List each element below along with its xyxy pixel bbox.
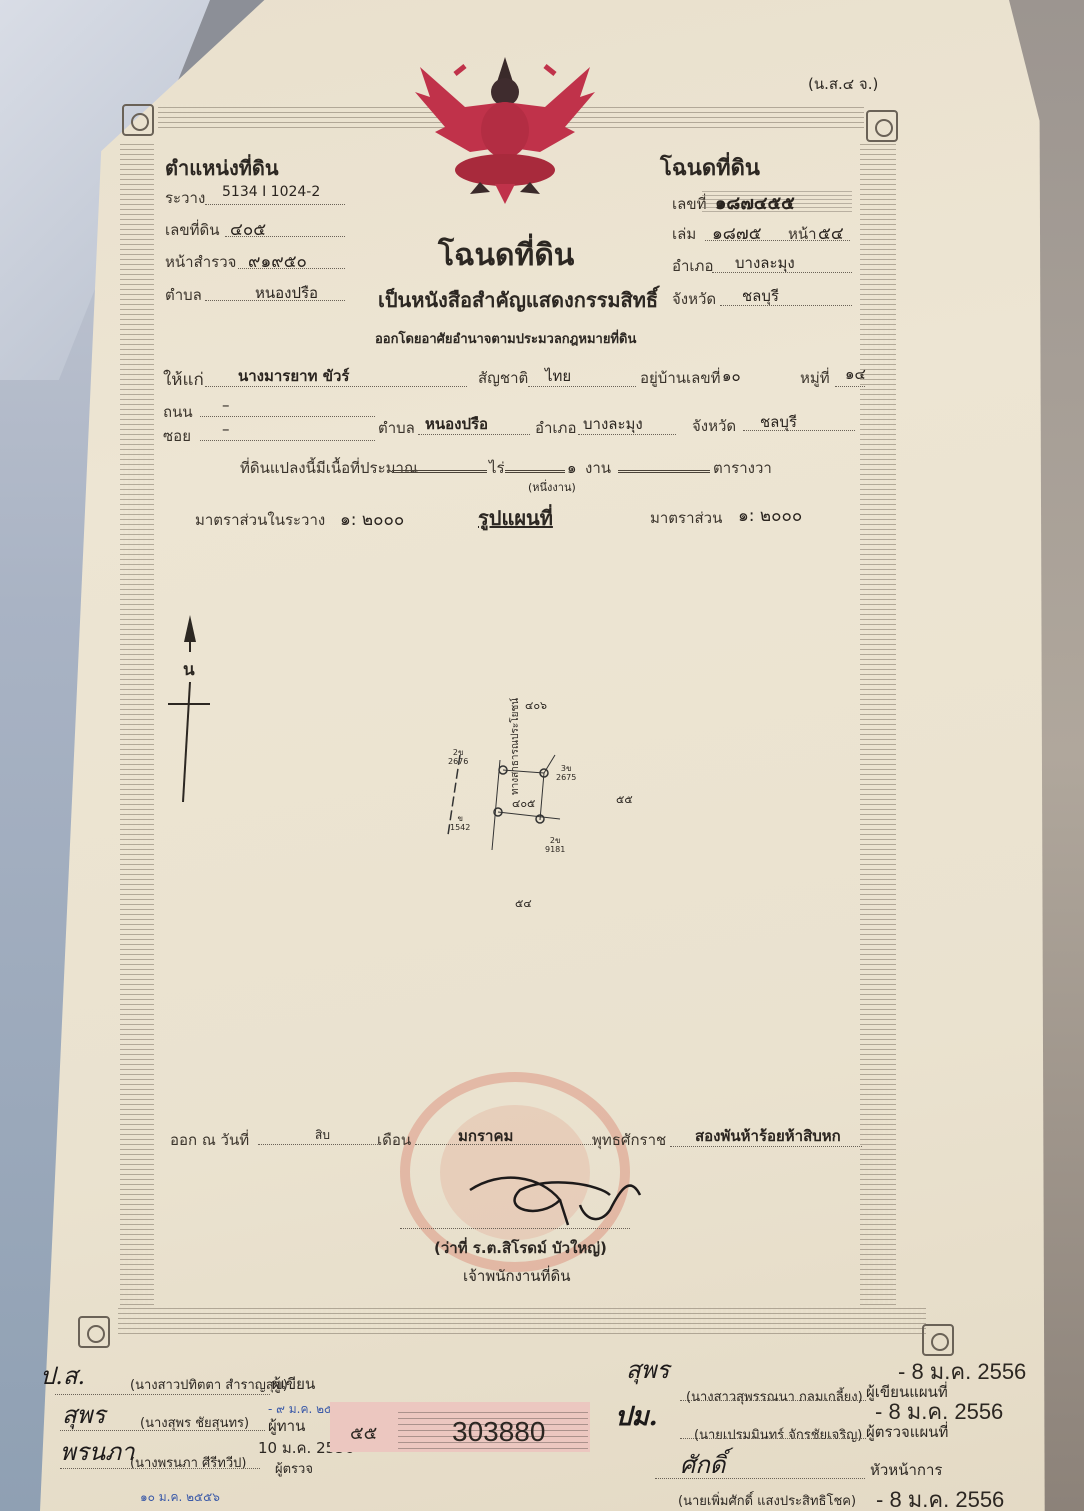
owner-province-value: ชลบุรี bbox=[760, 410, 797, 434]
public-road-label: ทางสาธารณประโยชน์ bbox=[508, 698, 523, 795]
signatory-left-3-name: (นางพรนภา ศีรีทวีป) bbox=[130, 1452, 246, 1473]
signatory-right-3-role: หัวหน้าการ bbox=[870, 1458, 942, 1482]
volume-value: ๑๘๗๕ bbox=[712, 220, 762, 247]
month-label: เดือน bbox=[377, 1128, 411, 1152]
officer-title: เจ้าพนักงานที่ดิน bbox=[463, 1264, 570, 1288]
house-no-value: ๑๐ bbox=[722, 364, 741, 388]
serial-number: 303880 bbox=[452, 1416, 545, 1448]
parcel-no-value: ๔๐๕ bbox=[230, 216, 266, 243]
map-title: รูปแผนที่ bbox=[478, 502, 553, 534]
page-label: หน้า bbox=[788, 222, 817, 246]
east-parcel-label: ๕๕ bbox=[616, 790, 633, 808]
scale-value: ๑: ๒๐๐๐ bbox=[738, 502, 802, 529]
nationality-value: ไทย bbox=[545, 364, 571, 388]
wa-label: ตารางวา bbox=[713, 456, 772, 480]
signatory-right-2-name: (นายเปรมมินทร์ จักรชัยเจริญ) bbox=[694, 1424, 862, 1445]
nationality-label: สัญชาติ bbox=[478, 366, 528, 390]
road-value: – bbox=[222, 396, 230, 414]
survey-page-label: หน้าสำรวจ bbox=[165, 250, 236, 274]
officer-signature bbox=[460, 1165, 660, 1235]
owner-subdistrict-value: หนองปรือ bbox=[425, 412, 488, 436]
document-subtitle: เป็นหนังสือสำคัญแสดงกรรมสิทธิ์ bbox=[378, 284, 658, 316]
soi-label: ซอย bbox=[163, 424, 191, 448]
owner-district-value: บางละมุง bbox=[583, 412, 643, 436]
marker-2676: 2ข2676 bbox=[448, 748, 468, 766]
document-authority: ออกโดยอาศัยอำนาจตามประมวลกฎหมายที่ดิน bbox=[375, 328, 636, 349]
issue-month: มกราคม bbox=[458, 1124, 513, 1148]
issued-label: ออก ณ วันที่ bbox=[170, 1128, 249, 1152]
house-no-label: อยู่บ้านเลขที่ bbox=[640, 366, 720, 390]
signatory-left-2-role: ผู้ทาน bbox=[268, 1414, 305, 1438]
issue-year: สองพันห้าร้อยห้าสิบหก bbox=[695, 1124, 841, 1148]
marker-1542: ข1542 bbox=[450, 814, 470, 832]
ngan-note: (หนึ่งงาน) bbox=[528, 478, 576, 496]
survey-page-value: ๙๑๙๕๐ bbox=[248, 248, 307, 275]
signatory-right-3-name: (นายเพิ่มศักดิ์ แสงประสิทธิโชค) bbox=[678, 1490, 856, 1511]
scale-label: มาตราส่วน bbox=[650, 506, 722, 530]
signatory-right-3-date: - 8 ม.ค. 2556 bbox=[876, 1482, 1004, 1511]
owner-province-label: จังหวัด bbox=[692, 414, 736, 438]
moo-label: หมู่ที่ bbox=[800, 366, 830, 390]
owner-district-label: อำเภอ bbox=[535, 416, 576, 440]
district-value: บางละมุง bbox=[735, 251, 795, 275]
signature-3: พรนภา bbox=[60, 1432, 134, 1471]
corner-ornament-icon bbox=[922, 1324, 954, 1356]
province-label: จังหวัด bbox=[672, 287, 716, 311]
moo-value: ๑๔ bbox=[845, 362, 866, 386]
road-label: ถนน bbox=[163, 400, 193, 424]
volume-label: เล่ม bbox=[672, 222, 696, 246]
serial-prefix: ๕๕ bbox=[350, 1418, 377, 1447]
south-parcel-label: ๕๔ bbox=[515, 894, 532, 912]
signature-5: ปม. bbox=[615, 1396, 658, 1437]
marker-2675: 3ข2675 bbox=[556, 764, 576, 782]
district-label: อำเภอ bbox=[672, 254, 713, 278]
corner-ornament-icon bbox=[122, 104, 154, 136]
deed-heading: โฉนดที่ดิน bbox=[660, 150, 760, 185]
scale-sheet-label: มาตราส่วนในระวาง bbox=[195, 508, 325, 532]
signature-4: สุพร bbox=[626, 1350, 669, 1389]
border-left bbox=[120, 140, 154, 1305]
signatory-right-1-name: (นางสาวสุพรรณนา กลมเกลี้ยง) bbox=[686, 1386, 863, 1407]
border-bottom bbox=[118, 1306, 926, 1334]
signature-1: ป.ส. bbox=[40, 1356, 85, 1395]
border-right bbox=[860, 140, 896, 1305]
signature-2: สุพร bbox=[62, 1395, 105, 1434]
owner-subdistrict-label: ตำบล bbox=[378, 416, 415, 440]
document-title: โฉนดที่ดิน bbox=[438, 232, 574, 279]
north-parcel-label: ๔๐๖ bbox=[525, 696, 547, 714]
survey-sheet-label: ระวาง bbox=[165, 186, 205, 210]
area-intro: ที่ดินแปลงนี้มีเนื้อที่ประมาณ bbox=[240, 456, 418, 480]
soi-value: – bbox=[222, 420, 230, 438]
bottom-date-left: ๑๐ ม.ค. ๒๕๕๖ bbox=[140, 1488, 220, 1507]
form-code: (น.ส.๔ จ.) bbox=[808, 72, 878, 96]
year-label: พุทธศักราช bbox=[592, 1128, 666, 1152]
land-position-heading: ตำแหน่งที่ดิน bbox=[165, 152, 279, 184]
officer-name: (ว่าที่ ร.ต.สิโรดม์ บัวใหญ่) bbox=[434, 1236, 607, 1260]
rai-label: ไร่ bbox=[489, 456, 505, 480]
signatory-left-1-role: ผู้เขียน bbox=[272, 1372, 315, 1396]
north-arrow-icon bbox=[165, 612, 215, 807]
parcel-center-label: ๔๐๕ bbox=[512, 794, 535, 812]
signatory-right-2-date: - 8 ม.ค. 2556 bbox=[875, 1394, 1003, 1429]
garuda-emblem-icon bbox=[405, 52, 605, 207]
survey-sheet-value: 5134 I 1024-2 bbox=[222, 184, 320, 200]
signatory-right-1-date: - 8 ม.ค. 2556 bbox=[898, 1354, 1026, 1389]
scale-sheet-value: ๑: ๒๐๐๐ bbox=[340, 506, 404, 533]
signatory-left-3-role: ผู้ตรวจ bbox=[275, 1458, 313, 1479]
corner-ornament-icon bbox=[866, 110, 898, 142]
owner-name: นางมารยาท ขัวร์ bbox=[238, 364, 349, 388]
issue-day: สิบ bbox=[315, 1126, 330, 1145]
corner-ornament-icon bbox=[78, 1316, 110, 1348]
subdistrict-value: หนองปรือ bbox=[255, 281, 318, 305]
deed-number-value: ๑๘๗๔๕๕ bbox=[715, 188, 795, 217]
page-value: ๕๔ bbox=[818, 220, 844, 247]
north-label: น bbox=[183, 656, 195, 683]
parcel-no-label: เลขที่ดิน bbox=[165, 218, 219, 242]
ngan-value: ๑ bbox=[567, 456, 577, 480]
province-value: ชลบุรี bbox=[742, 284, 779, 308]
signatory-left-1-name: (นางสาวปทิตตา สำราญสุข) bbox=[130, 1374, 288, 1395]
ngan-label: งาน bbox=[585, 456, 611, 480]
granted-to-label: ให้แก่ bbox=[163, 366, 204, 393]
marker-9181: 2ข9181 bbox=[545, 836, 565, 854]
subdistrict-label: ตำบล bbox=[165, 283, 202, 307]
